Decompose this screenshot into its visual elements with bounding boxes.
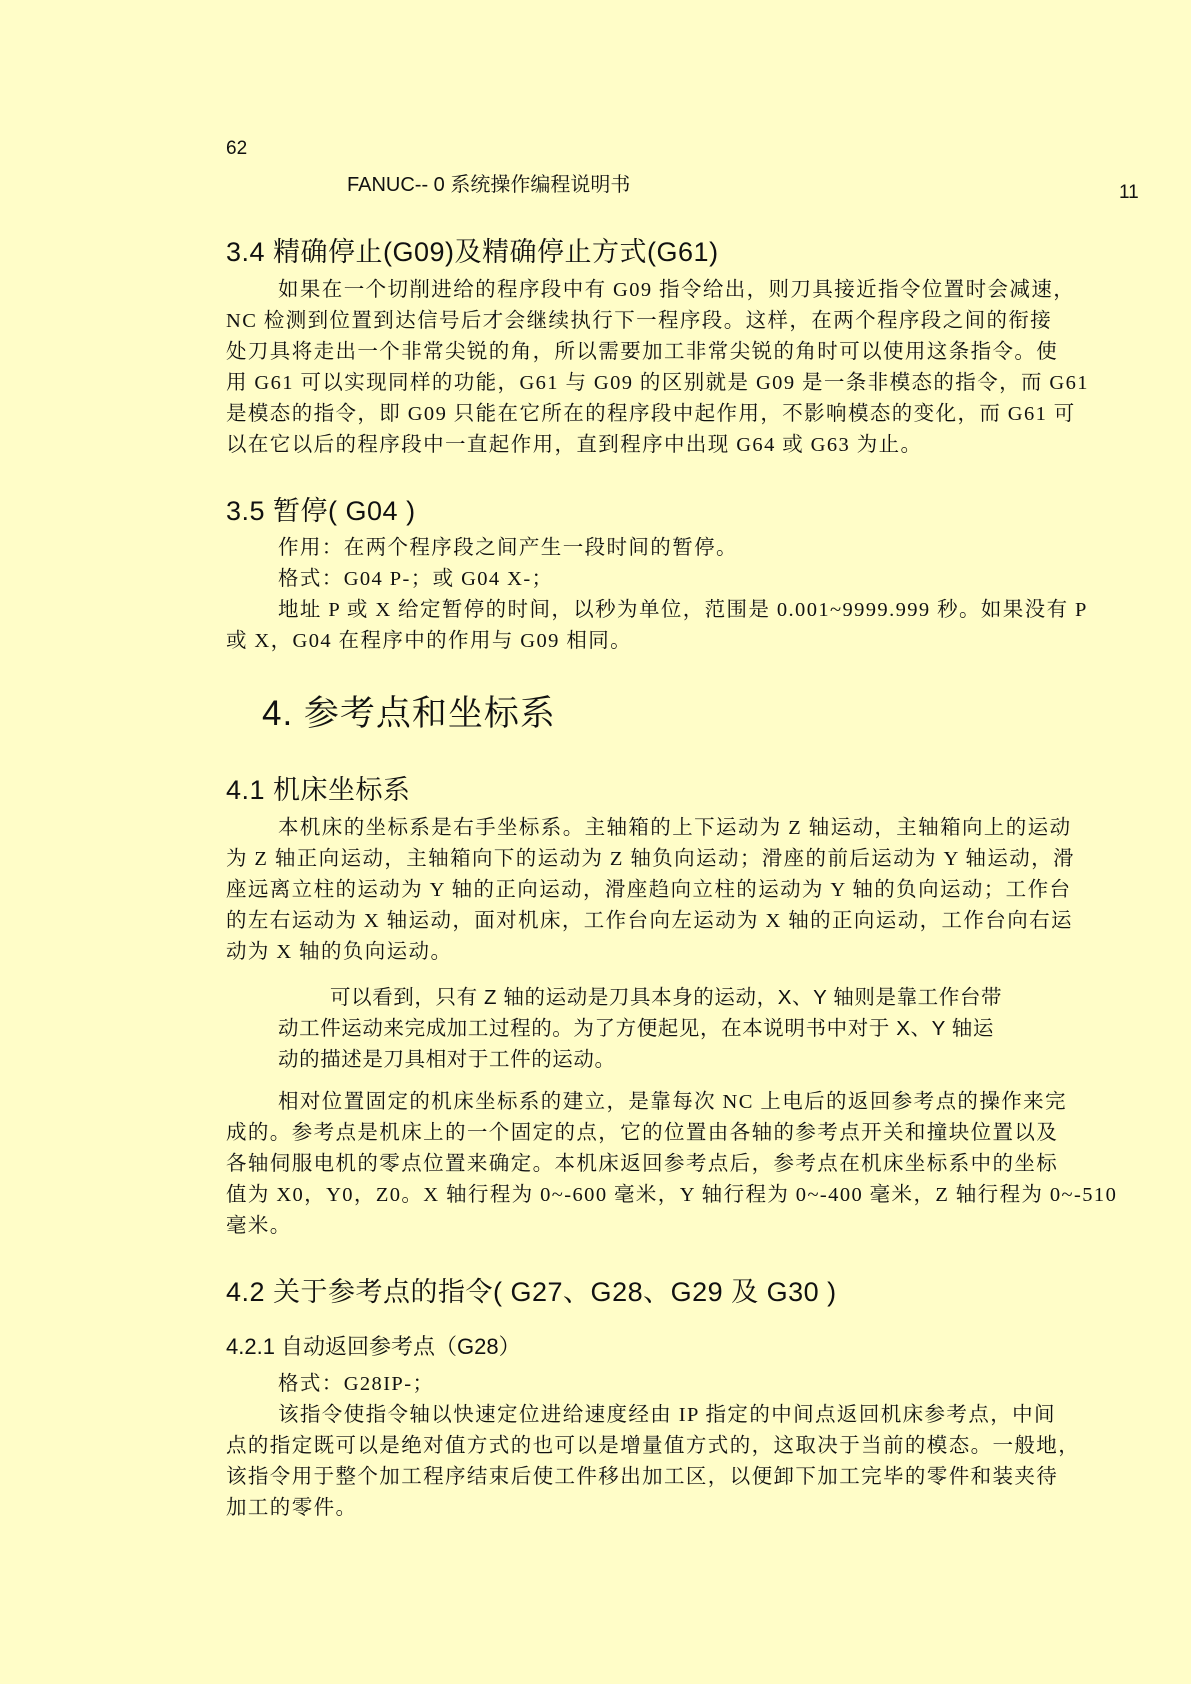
text-line: 加工的零件。 <box>226 1493 1134 1524</box>
text-line: 该指令用于整个加工程序结束后使工件移出加工区，以便卸下加工完毕的零件和装夹待 <box>226 1462 1134 1493</box>
paragraph-4-1-1: 本机床的坐标系是右手坐标系。主轴箱的上下运动为 Z 轴运动，主轴箱向上的运动 为… <box>226 813 1134 968</box>
paragraph-4-2-1: 格式：G28IP-； 该指令使指令轴以快速定位进给速度经由 IP 指定的中间点返… <box>226 1369 1134 1524</box>
text-line: 座远离立柱的运动为 Y 轴的正向运动，滑座趋向立柱的运动为 Y 轴的负向运动；工… <box>226 875 1134 906</box>
text-line: 为 Z 轴正向运动，主轴箱向下的运动为 Z 轴负向运动；滑座的前后运动为 Y 轴… <box>226 844 1134 875</box>
text-line: 动工件运动来完成加工过程的。为了方便起见，在本说明书中对于 X、Y 轴运 <box>278 1013 1078 1044</box>
text-line: 作用：在两个程序段之间产生一段时间的暂停。 <box>226 533 1134 564</box>
text-line: 地址 P 或 X 给定暂停的时间，以秒为单位，范围是 0.001~9999.99… <box>226 595 1134 626</box>
text-line: 动为 X 轴的负向运动。 <box>226 937 1134 968</box>
subsection-heading-4-2-1: 4.2.1 自动返回参考点（G28） <box>226 1330 521 1361</box>
page-number-left: 62 <box>226 138 247 160</box>
text-line: 以在它以后的程序段中一直起作用，直到程序中出现 G64 或 G63 为止。 <box>226 430 1134 461</box>
text-line: 点的指定既可以是绝对值方式的也可以是增量值方式的，这取决于当前的模态。一般地， <box>226 1431 1134 1462</box>
text-line: 或 X，G04 在程序中的作用与 G09 相同。 <box>226 626 1134 657</box>
page-number-right: 11 <box>1119 182 1139 204</box>
paragraph-4-1-2: 可以看到，只有 Z 轴的运动是刀具本身的运动，X、Y 轴则是靠工作台带 动工件运… <box>278 982 1078 1075</box>
paragraph-4-1-3: 相对位置固定的机床坐标系的建立，是靠每次 NC 上电后的返回参考点的操作来完 成… <box>226 1087 1134 1242</box>
text-line: 本机床的坐标系是右手坐标系。主轴箱的上下运动为 Z 轴运动，主轴箱向上的运动 <box>226 813 1134 844</box>
text-line: 相对位置固定的机床坐标系的建立，是靠每次 NC 上电后的返回参考点的操作来完 <box>226 1087 1134 1118</box>
text-line: 格式：G04 P-；或 G04 X-； <box>226 564 1134 595</box>
text-line: 处刀具将走出一个非常尖锐的角，所以需要加工非常尖锐的角时可以使用这条指令。使 <box>226 337 1134 368</box>
section-heading-4-2: 4.2 关于参考点的指令( G27、G28、G29 及 G30 ) <box>226 1270 837 1309</box>
section-heading-4-1: 4.1 机床坐标系 <box>226 768 411 807</box>
text-line: 成的。参考点是机床上的一个固定的点，它的位置由各轴的参考点开关和撞块位置以及 <box>226 1118 1134 1149</box>
text-line: 是模态的指令，即 G09 只能在它所在的程序段中起作用，不影响模态的变化，而 G… <box>226 399 1134 430</box>
text-line: 毫米。 <box>226 1211 1134 1242</box>
paragraph-3-4: 如果在一个切削进给的程序段中有 G09 指令给出，则刀具接近指令位置时会减速， … <box>226 275 1134 461</box>
section-heading-3-4: 3.4 精确停止(G09)及精确停止方式(G61) <box>226 230 719 269</box>
paragraph-3-5: 作用：在两个程序段之间产生一段时间的暂停。 格式：G04 P-；或 G04 X-… <box>226 533 1134 657</box>
text-line: 值为 X0，Y0，Z0。X 轴行程为 0~-600 毫米，Y 轴行程为 0~-4… <box>226 1180 1134 1211</box>
text-line: 用 G61 可以实现同样的功能，G61 与 G09 的区别就是 G09 是一条非… <box>226 368 1134 399</box>
text-line: 可以看到，只有 Z 轴的运动是刀具本身的运动，X、Y 轴则是靠工作台带 <box>278 982 1078 1013</box>
running-header-title: FANUC-- 0 系统操作编程说明书 <box>347 168 630 197</box>
text-line: 的左右运动为 X 轴运动，面对机床，工作台向左运动为 X 轴的正向运动，工作台向… <box>226 906 1134 937</box>
text-line: 如果在一个切削进给的程序段中有 G09 指令给出，则刀具接近指令位置时会减速， <box>226 275 1134 306</box>
section-heading-3-5: 3.5 暂停( G04 ) <box>226 489 416 528</box>
text-line: 该指令使指令轴以快速定位进给速度经由 IP 指定的中间点返回机床参考点，中间 <box>226 1400 1134 1431</box>
text-line: 各轴伺服电机的零点位置来确定。本机床返回参考点后，参考点在机床坐标系中的坐标 <box>226 1149 1134 1180</box>
text-line: NC 检测到位置到达信号后才会继续执行下一程序段。这样，在两个程序段之间的衔接 <box>226 306 1134 337</box>
text-line: 格式：G28IP-； <box>226 1369 1134 1400</box>
chapter-heading-4: 4. 参考点和坐标系 <box>262 686 556 736</box>
text-line: 动的描述是刀具相对于工件的运动。 <box>278 1044 1078 1075</box>
